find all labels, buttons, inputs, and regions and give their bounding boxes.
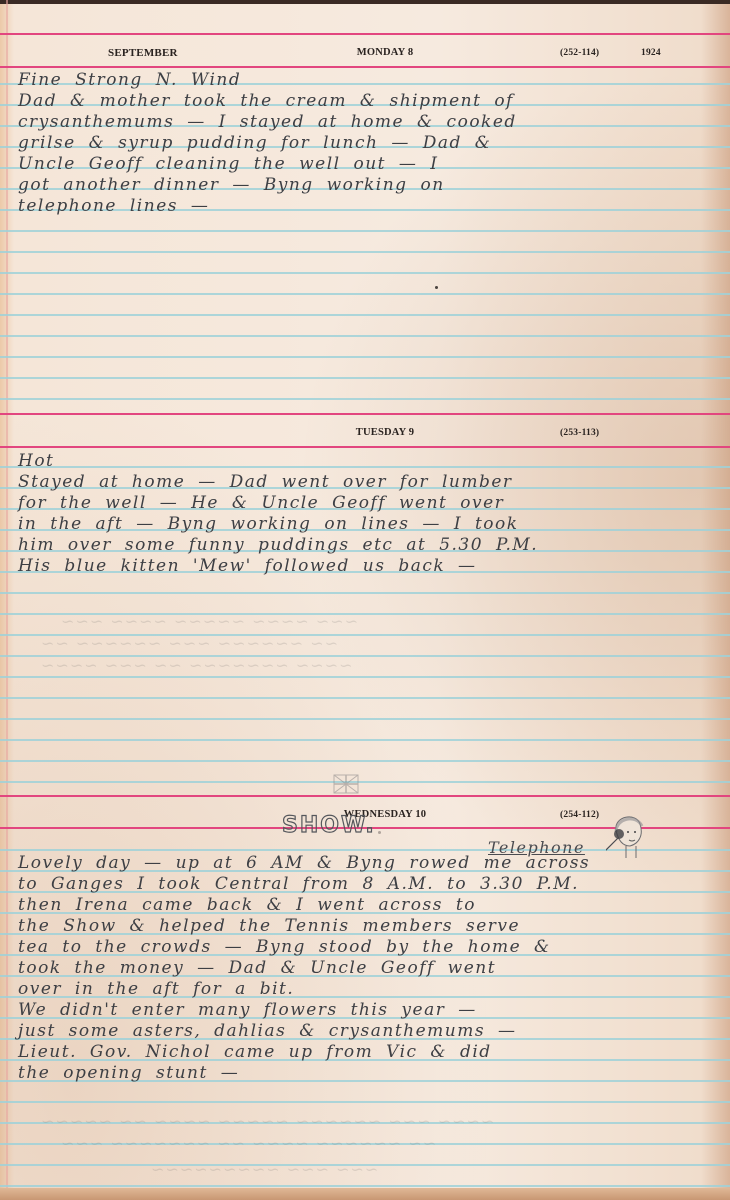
entry-line: over in the aft for a bit. [18,979,718,1000]
year-label: 1924 [641,48,661,58]
entry-tuesday: HotStayed at home — Dad went over for lu… [18,451,718,577]
telephone-operator-sketch-icon [606,810,650,858]
entry-line: the opening stunt — [18,1063,718,1084]
bleed-through-text: ~~ ~~~~~~ ~~~~ ~~ ~~~~~~~ ~~~ [60,1134,436,1153]
entry-line: Lieut. Gov. Nichol came up from Vic & di… [18,1042,718,1063]
ruled-line [0,718,730,720]
page-bottom-edge [0,1188,730,1200]
entry-line: Dad & mother took the cream & shipment o… [18,91,718,112]
ruled-line [0,356,730,358]
bleed-through-text: ~~~~ ~~~ ~~~~~~ ~~~~~ ~~~~ ~~ ~~~~~ [40,1112,494,1131]
ruled-line [0,697,730,699]
ruled-line [0,398,730,400]
entry-line: took the money — Dad & Uncle Geoff went [18,958,718,979]
entry-line: in the aft — Byng working on lines — I t… [18,514,718,535]
ruled-line [0,377,730,379]
bleed-through-text: ~~ ~~~~~~ ~~~ ~~~~~~ ~~ [40,634,338,653]
bleed-through-text: ~~~ ~~~ ~~~~~~~~~ [150,1160,378,1179]
ruled-line [0,293,730,295]
weekday-label: TUESDAY 9 [0,427,730,438]
bleed-through-text: ~~~~ ~~~~~~~ ~~ ~~~ ~~~~ [40,656,352,675]
ruled-line [0,781,730,783]
ruled-line [0,314,730,316]
section-divider [0,446,730,448]
ruled-line [0,1101,730,1103]
entry-line: grilse & syrup pudding for lunch — Dad & [18,133,718,154]
day-header-tuesday: TUESDAY 9 (253-113) [0,413,730,445]
ruled-line [0,230,730,232]
entry-line: to Ganges I took Central from 8 A.M. to … [18,874,718,895]
entry-line: got another dinner — Byng working on [18,175,718,196]
show-heading: SHOW. [282,813,376,838]
flag-sketch-icon [332,773,362,797]
entry-line: just some asters, dahlias & crysanthemum… [18,1021,718,1042]
day-count: (254-112) [560,810,599,820]
page-top-edge [0,0,730,4]
ruled-line [0,335,730,337]
entry-line: telephone lines — [18,196,718,217]
entry-wednesday: Lovely day — up at 6 AM & Byng rowed me … [18,853,718,1084]
pencil-dot [378,831,381,834]
pencil-dot [435,286,438,289]
day-count: (252-114) [560,48,599,58]
entry-line: We didn't enter many flowers this year — [18,1000,718,1021]
entry-line: the Show & helped the Tennis members ser… [18,916,718,937]
ruled-line [0,251,730,253]
weekday-label: MONDAY 8 [0,47,730,58]
ruled-line [0,272,730,274]
diary-page: SEPTEMBER MONDAY 8 (252-114) 1924 Fine S… [0,0,730,1200]
entry-line: then Irena came back & I went across to [18,895,718,916]
entry-line: tea to the crowds — Byng stood by the ho… [18,937,718,958]
section-divider [0,66,730,68]
entry-line: for the well — He & Uncle Geoff went ove… [18,493,718,514]
ruled-line [0,592,730,594]
ruled-line [0,676,730,678]
entry-line: Lovely day — up at 6 AM & Byng rowed me … [18,853,718,874]
bleed-through-text: ~~~ ~~~~ ~~~~~ ~~~~ ~~~ [60,612,358,631]
entry-line: Hot [18,451,718,472]
entry-monday: Fine Strong N. WindDad & mother took the… [18,70,718,217]
entry-line: him over some funny puddings etc at 5.30… [18,535,718,556]
entry-line: His blue kitten 'Mew' followed us back — [18,556,718,577]
binding-margin [6,0,8,1200]
entry-line: Uncle Geoff cleaning the well out — I [18,154,718,175]
entry-line: Fine Strong N. Wind [18,70,718,91]
entry-line: crysanthemums — I stayed at home & cooke… [18,112,718,133]
day-count: (253-113) [560,428,599,438]
entry-line: Stayed at home — Dad went over for lumbe… [18,472,718,493]
ruled-line [0,739,730,741]
ruled-line [0,760,730,762]
day-header-monday: SEPTEMBER MONDAY 8 (252-114) 1924 [0,33,730,65]
ruled-line [0,1185,730,1187]
